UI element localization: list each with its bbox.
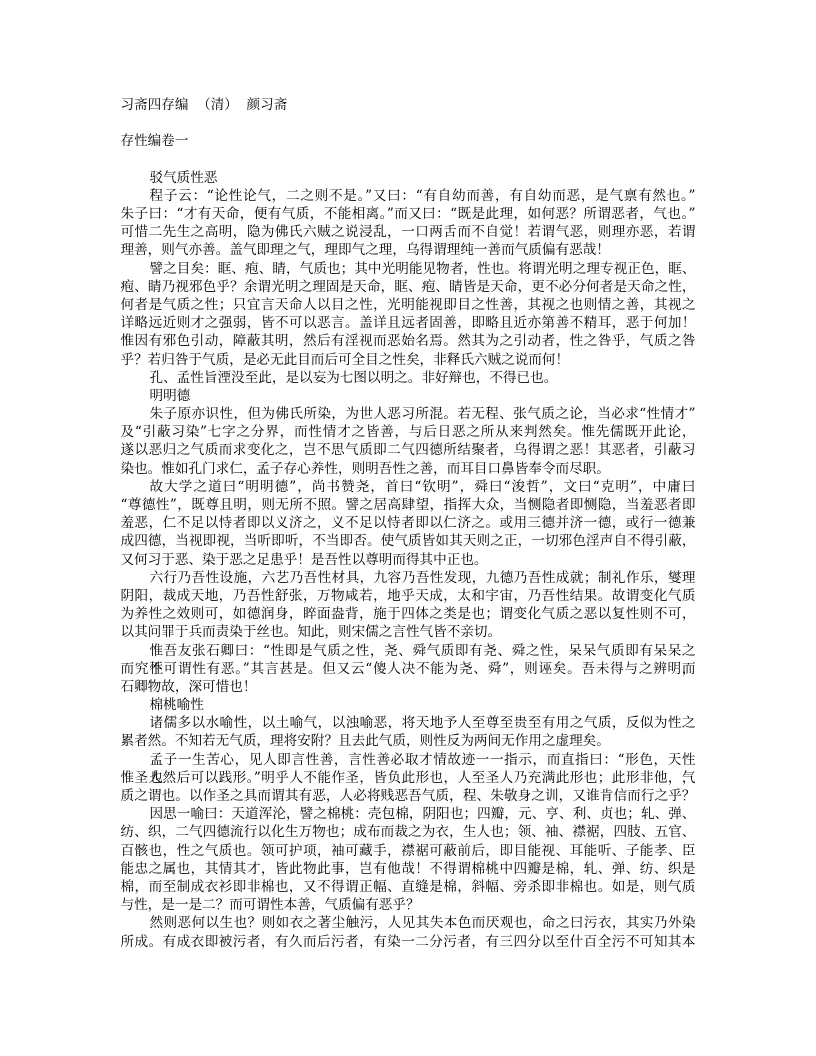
text-line: 朱子原亦识性，但为佛氏所染，为世人恶习所混。若无程、张气质之论，当必求“性情才” (121, 405, 696, 423)
text-line: 详略远近则才之强弱，皆不可以恶言。盖详且远者固善，即略且近亦第善不精耳，恶于何加… (121, 314, 696, 332)
text-line: 理善，则气亦善。盖气即理之气，理即气之理，乌得谓理纯一善而气质偏有恶哉！ (121, 241, 696, 259)
text-line: 孟子一生苦心，见人即言性善，言性善必取才情故迹一一指示，而直指曰：“形色，天性也… (121, 751, 696, 769)
section-heading: 棉桃喻性 (121, 696, 696, 714)
section-heading: 明明德 (121, 387, 696, 405)
text-line: 染也。惟如孔门求仁，孟子存心养性，则明吾性之善，而耳目口鼻皆奉令而尽职。 (121, 460, 696, 478)
paragraph: 然则恶何以生也？则如衣之著尘触污，人见其失本色而厌观也，命之曰污衣，其实乃外染所… (121, 914, 696, 950)
text-line: 累者然。不知若无气质，理将安附？且去此气质，则性反为两间无作用之虚理矣。 (121, 732, 696, 750)
text-line: 譬之目矣：眶、疱、睛，气质也；其中光明能见物者，性也。将谓光明之理专视正色，眶、 (121, 260, 696, 278)
blank-line (121, 114, 696, 132)
text-line: 乎？若归咎于气质，是必无此目而后可全目之性矣，非释氏六贼之说而何！ (121, 351, 696, 369)
text-line: 朱子曰：“才有天命，便有气质，不能相离。”而又曰：“既是此理，如何恶？所谓恶者，… (121, 205, 696, 223)
paragraph: 故大学之道曰“明明德”，尚书赞尧，首曰“钦明”，舜曰“浚哲”，文曰“克明”，中庸… (121, 478, 696, 569)
text-line: 阴阳，裁成天地，乃吾性舒张，万物咸若，地乎天成，太和宇宙，乃吾性结果。故谓变化气… (121, 587, 696, 605)
document-title: 习斋四存编 （清） 颜习斋 (121, 96, 696, 114)
paragraph: 因思一喻曰：天道浑沦，譬之棉桃：壳包棉，阴阳也；四瓣，元、亨、利、贞也；轧、弹、… (121, 805, 696, 914)
blank-line (121, 150, 696, 168)
paragraph: 六行乃吾性设施，六艺乃吾性材具，九容乃吾性发现，九德乃吾性成就；制礼作乐，燮理阴… (121, 569, 696, 642)
text-line: 纺、织，二气四德流行以化生万物也；成布而裁之为衣，生人也；领、袖、襟裾，四肢、五… (121, 823, 696, 841)
paragraph: 孔、孟性旨湮没至此，是以妄为七图以明之。非好辩也，不得已也。 (121, 369, 696, 387)
text-line: 石卿物故，深可惜也！ (121, 678, 696, 696)
text-line: 而究不可谓性有恶。”其言甚是。但又云“傻人决不能为尧、舜”，则诬矣。吾未得与之辨… (121, 660, 696, 678)
document-page: 习斋四存编 （清） 颜习斋 存性编卷一 驳气质性恶程子云：“论性论气，二之则不是… (0, 0, 816, 1056)
text-line: 惟因有邪色引动，障蔽其明，然后有淫视而恶始名焉。然其为之引动者，性之咎乎，气质之… (121, 332, 696, 350)
text-line: 然则恶何以生也？则如衣之著尘触污，人见其失本色而厌观也，命之曰污衣，其实乃外染 (121, 914, 696, 932)
text-line: 为养性之效则可，如德润身，睟面盎背，施于四体之类是也；谓变化气质之恶以复性则不可… (121, 605, 696, 623)
text-line: 质之谓也。以作圣之具而谓其有恶，人必将贱恶吾气质，程、朱敬身之训，又谁肯信而行之… (121, 787, 696, 805)
text-line: 可惜二先生之高明，隐为佛氏六贼之说浸乱，一口两舌而不自觉！若谓气恶，则理亦恶，若… (121, 223, 696, 241)
text-line: 因思一喻曰：天道浑沦，譬之棉桃：壳包棉，阴阳也；四瓣，元、亨、利、贞也；轧、弹、 (121, 805, 696, 823)
text-line: 百骸也，性之气质也。领可护项，袖可藏手，襟裾可蔽前后，即目能视、耳能听、子能孝、… (121, 842, 696, 860)
paragraph: 孟子一生苦心，见人即言性善，言性善必取才情故迹一一指示，而直指曰：“形色，天性也… (121, 751, 696, 806)
text-line: 孔、孟性旨湮没至此，是以妄为七图以明之。非好辩也，不得已也。 (121, 369, 696, 387)
text-line: 成四德，当视即视，当听即听，不当即否。使气质皆如其天则之正，一切邪色淫声自不得引… (121, 532, 696, 550)
text-line: 以其问罪于兵而责染于丝也。知此，则宋儒之言性气皆不亲切。 (121, 623, 696, 641)
document-body: 驳气质性恶程子云：“论性论气，二之则不是。”又曰：“有自幼而善，有自幼而恶，是气… (121, 169, 696, 951)
paragraph: 诸儒多以水喻性，以土喻气，以浊喻恶，将天地予人至尊至贵至有用之气质，反似为性之累… (121, 714, 696, 750)
text-line: 与性，是一是二？而可谓性本善，气质偏有恶乎？ (121, 896, 696, 914)
paragraph: 惟吾友张石卿曰：“性即是气质之性，尧、舜气质即有尧、舜之性，呆呆气质即有呆呆之性… (121, 642, 696, 697)
text-line: 故大学之道曰“明明德”，尚书赞尧，首曰“钦明”，舜曰“浚哲”，文曰“克明”，中庸… (121, 478, 696, 496)
text-line: 诸儒多以水喻性，以土喻气，以浊喻恶，将天地予人至尊至贵至有用之气质，反似为性之 (121, 714, 696, 732)
text-line: 程子云：“论性论气，二之则不是。”又曰：“有自幼而善，有自幼而恶，是气禀有然也。… (121, 187, 696, 205)
volume-title: 存性编卷一 (121, 132, 696, 150)
text-line: 及“引蔽习染”七字之分界，而性情才之皆善，与后日恶之所从来判然矣。惟先儒既开此论… (121, 423, 696, 441)
document-content: 习斋四存编 （清） 颜习斋 存性编卷一 驳气质性恶程子云：“论性论气，二之则不是… (121, 96, 696, 951)
text-line: 疱、睛乃视邪色乎？余谓光明之理固是天命，眶、疱、睛皆是天命，更不必分何者是天命之… (121, 278, 696, 296)
paragraph: 譬之目矣：眶、疱、睛，气质也；其中光明能见物者，性也。将谓光明之理专视正色，眶、… (121, 260, 696, 369)
text-line: 惟圣人然后可以践形。”明乎人不能作圣，皆负此形也，人至圣人乃充满此形也；此形非他… (121, 769, 696, 787)
text-line: 所成。有成衣即被污者，有久而后污者，有染一二分污者，有三四分以至什百全污不可知其… (121, 933, 696, 951)
text-line: 能忠之属也，其情其才，皆此物此事，岂有他哉！不得谓棉桃中四瓣是棉，轧、弹、纺、织… (121, 860, 696, 878)
text-line: 遂以恶归之气质而求变化之，岂不思气质即二气四德所结聚者，乌得谓之恶！其恶者，引蔽… (121, 441, 696, 459)
text-line: 羞恶，仁不足以恃者即以义济之，义不足以恃者即以仁济之。或用三德并济一德，或行一德… (121, 514, 696, 532)
text-line: 惟吾友张石卿曰：“性即是气质之性，尧、舜气质即有尧、舜之性，呆呆气质即有呆呆之性… (121, 642, 696, 660)
text-line: 棉，而至制成衣衫即非棉也，又不得谓正幅、直缝是棉，斜幅、旁杀即非棉也。如是，则气… (121, 878, 696, 896)
paragraph: 朱子原亦识性，但为佛氏所染，为世人恶习所混。若无程、张气质之论，当必求“性情才”… (121, 405, 696, 478)
paragraph: 程子云：“论性论气，二之则不是。”又曰：“有自幼而善，有自幼而恶，是气禀有然也。… (121, 187, 696, 260)
text-line: 又何习于恶、染于恶之足患乎！是吾性以尊明而得其中正也。 (121, 551, 696, 569)
section-heading: 驳气质性恶 (121, 169, 696, 187)
text-line: 何者是气质之性；只宜言天命人以目之性，光明能视即目之性善，其视之也则情之善，其视… (121, 296, 696, 314)
text-line: 六行乃吾性设施，六艺乃吾性材具，九容乃吾性发现，九德乃吾性成就；制礼作乐，燮理 (121, 569, 696, 587)
text-line: “尊德性”，既尊且明，则无所不照。譬之居高肆望，指挥大众，当恻隐者即恻隐，当羞恶… (121, 496, 696, 514)
